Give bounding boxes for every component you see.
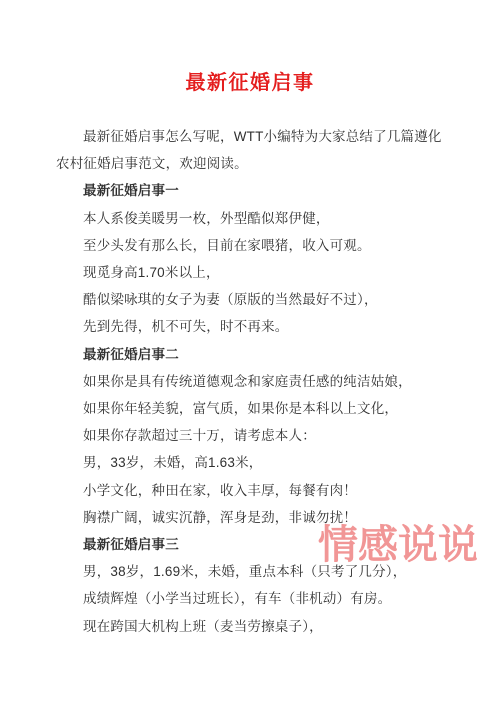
paragraph: 最新征婚启事怎么写呢，WTT小编特为大家总结了几篇遵化农村征婚启事范文，欢迎阅读… — [56, 123, 454, 177]
paragraph: 如果你年轻美貌，富气质，如果你是本科以上文化， — [56, 395, 454, 422]
document-title: 最新征婚启事 — [0, 66, 500, 95]
section-heading: 最新征婚启事一 — [56, 177, 454, 204]
section-heading: 最新征婚启事三 — [56, 531, 454, 558]
paragraph: 如果你存款超过三十万，请考虑本人： — [56, 422, 454, 449]
paragraph: 男，38岁，1.69米，未婚，重点本科（只考了几分）， — [56, 558, 454, 585]
paragraph: 如果你是具有传统道德观念和家庭责任感的纯洁姑娘， — [56, 368, 454, 395]
paragraph: 本人系俊美暖男一枚，外型酷似郑伊健， — [56, 205, 454, 232]
document-page: 最新征婚启事 情感说说 最新征婚启事怎么写呢，WTT小编特为大家总结了几篇遵化农… — [0, 0, 500, 707]
document-body: 最新征婚启事怎么写呢，WTT小编特为大家总结了几篇遵化农村征婚启事范文，欢迎阅读… — [56, 123, 454, 640]
paragraph: 成绩辉煌（小学当过班长），有车（非机动）有房。 — [56, 585, 454, 612]
paragraph: 现觅身高1.70米以上， — [56, 259, 454, 286]
paragraph: 至少头发有那么长，目前在家喂猪，收入可观。 — [56, 232, 454, 259]
paragraph: 现在跨国大机构上班（麦当劳擦桌子）， — [56, 613, 454, 640]
paragraph: 先到先得，机不可失，时不再来。 — [56, 313, 454, 340]
paragraph: 酷似梁咏琪的女子为妻（原版的当然最好不过）， — [56, 286, 454, 313]
paragraph: 小学文化，种田在家，收入丰厚，每餐有肉！ — [56, 477, 454, 504]
paragraph: 胸襟广阔，诚实沉静，浑身是劲，非诚勿扰！ — [56, 504, 454, 531]
paragraph: 男，33岁，未婚，高1.63米， — [56, 449, 454, 476]
section-heading: 最新征婚启事二 — [56, 341, 454, 368]
